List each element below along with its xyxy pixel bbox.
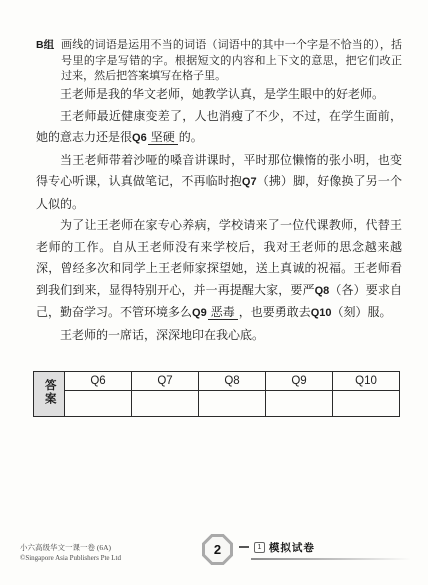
instruction-text: 画线的词语是运用不当的词语（词语中的其中一个字是不恰当的），括号里的字是写错的字… — [61, 38, 402, 85]
answer-row-header: 答案 — [34, 372, 65, 417]
answer-cell-q6 — [65, 391, 132, 417]
paragraph: 王老师的一席话，深深地印在我心底。 — [36, 325, 402, 347]
column-header-q10: Q10 — [333, 372, 400, 391]
paragraph-text: 的。 — [179, 130, 203, 144]
instructions-block: B组 画线的词语是运用不当的词语（词语中的其中一个字是不恰当的），括号里的字是写… — [36, 38, 402, 85]
paragraph: 王老师是我的华文老师，她教学认真，是学生眼中的好老师。 — [36, 84, 402, 106]
column-header-q9: Q9 — [266, 372, 333, 391]
question-marker: Q10 — [311, 307, 332, 319]
paragraph-text: ，也要勇敢去 — [239, 305, 311, 319]
question-marker: Q7 — [242, 176, 257, 188]
question-marker: Q8 — [315, 285, 330, 297]
paragraph-text: 王老师最近健康变差了，人也消瘦了不少，不过，在学生面前，她的意志力还是很 — [36, 109, 402, 145]
answer-cell-q8 — [199, 391, 266, 417]
answer-cell-q7 — [132, 391, 199, 417]
paragraph: 当王老师带着沙哑的嗓音讲课时，平时那位懒惰的张小明，也变得专心听课，认真做笔记，… — [36, 150, 402, 216]
passage: 王老师是我的华文老师，她教学认真，是学生眼中的好老师。 王老师最近健康变差了，人… — [36, 84, 402, 346]
paragraph: 王老师最近健康变差了，人也消瘦了不少，不过，在学生面前，她的意志力还是很Q6坚硬… — [36, 106, 402, 150]
answer-cell-q9 — [266, 391, 333, 417]
column-header-q6: Q6 — [65, 372, 132, 391]
answer-cell-q10 — [333, 391, 400, 417]
bracketed-character: （各） — [329, 283, 365, 297]
question-marker: Q9 — [192, 307, 207, 319]
column-header-q8: Q8 — [199, 372, 266, 391]
bracketed-character: （拂） — [257, 174, 293, 188]
section-marker: 1 模拟试卷 — [239, 540, 315, 560]
answer-table: 答案 Q6 Q7 Q8 Q9 Q10 — [33, 371, 400, 417]
page-number: 2 — [205, 537, 230, 562]
section-number-badge: 1 — [254, 542, 265, 553]
answer-table-wrap: 答案 Q6 Q7 Q8 Q9 Q10 — [33, 371, 400, 417]
paragraph-text: 王老师的一席话，深深地印在我心底。 — [60, 328, 264, 342]
page-number-badge: 2 — [202, 534, 233, 565]
connector-line — [239, 546, 249, 548]
section-underline — [251, 558, 411, 560]
column-header-q7: Q7 — [132, 372, 199, 391]
worksheet-page: B组 画线的词语是运用不当的词语（词语中的其中一个字是不恰当的），括号里的字是写… — [0, 0, 428, 585]
underlined-term: 恶毒 — [208, 305, 238, 320]
book-title: 小六高级华文一课一卷 (6A) — [20, 543, 121, 553]
paragraph-text: 王老师是我的华文老师，她教学认真，是学生眼中的好老师。 — [60, 87, 384, 101]
footer-imprint: 小六高级华文一课一卷 (6A) ©Singapore Asia Publishe… — [20, 543, 121, 563]
paragraph: 为了让王老师在家专心养病，学校请来了一位代课教师，代替王老师的工作。自从王老师没… — [36, 215, 402, 325]
paragraph-text: 服。 — [368, 305, 392, 319]
footer-page-marker: 2 1 模拟试卷 — [202, 534, 315, 565]
copyright-line: ©Singapore Asia Publishers Pte Ltd — [20, 553, 121, 563]
underlined-term: 坚硬 — [148, 130, 178, 145]
section-label: 模拟试卷 — [269, 540, 315, 555]
group-label: B组 — [36, 38, 54, 54]
answer-row-header-label: 答案 — [43, 379, 55, 406]
question-marker: Q6 — [132, 132, 147, 144]
bracketed-character: （刻） — [332, 305, 368, 319]
